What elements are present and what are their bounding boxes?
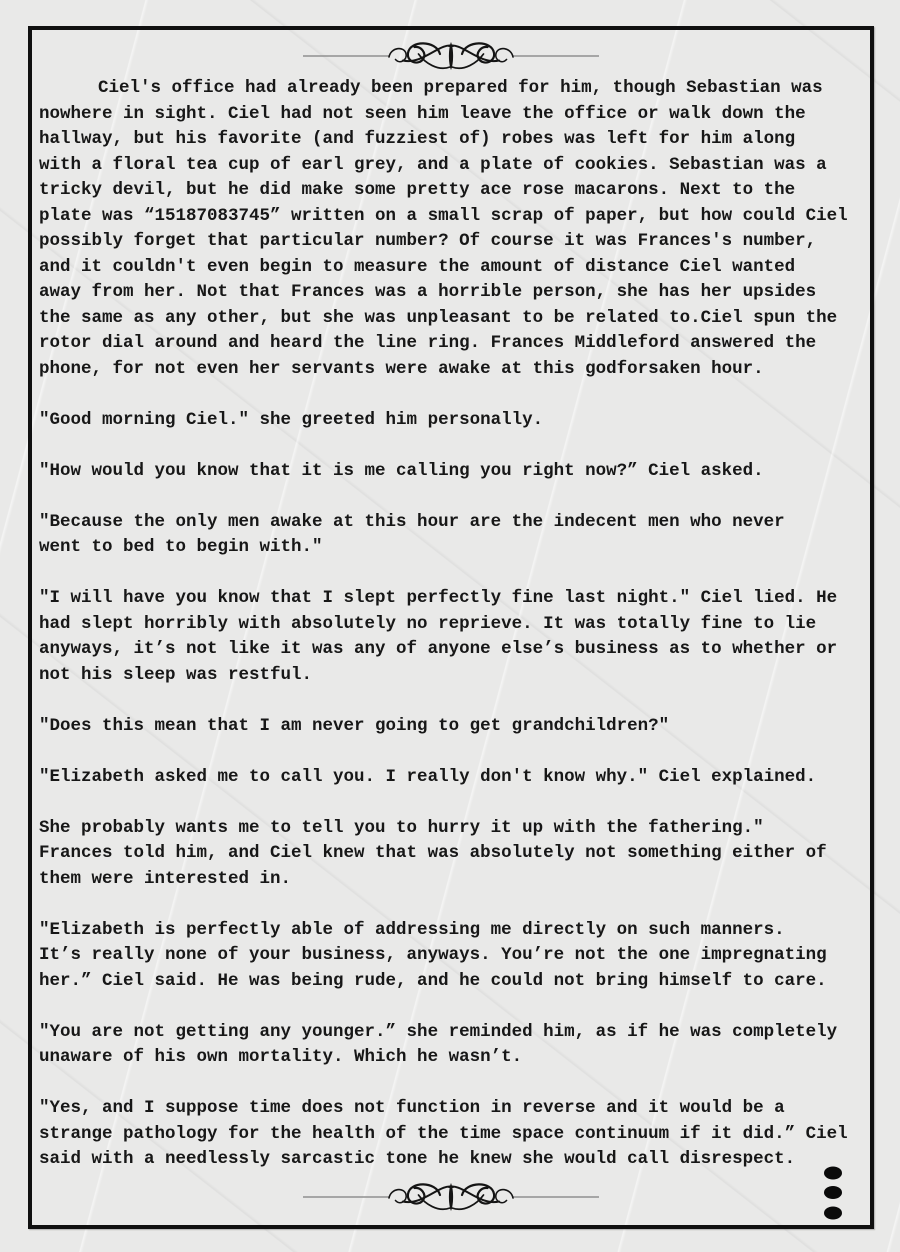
more-options-button[interactable] bbox=[824, 1166, 842, 1220]
vertical-ellipsis-icon bbox=[824, 1167, 842, 1220]
flourish-divider-bottom-icon bbox=[301, 1177, 601, 1217]
story-paragraph: "I will have you know that I slept perfe… bbox=[39, 586, 866, 688]
story-paragraph: "How would you know that it is me callin… bbox=[39, 459, 866, 485]
story-paragraph: "You are not getting any younger.” she r… bbox=[39, 1020, 866, 1071]
story-paragraph: "Elizabeth is perfectly able of addressi… bbox=[39, 918, 866, 995]
story-paragraph: "Because the only men awake at this hour… bbox=[39, 510, 866, 561]
story-page: { "page": { "background_color": "#e9e9e8… bbox=[0, 0, 900, 1252]
story-paragraph: Ciel's office had already been prepared … bbox=[39, 76, 866, 382]
story-paragraph: "Yes, and I suppose time does not functi… bbox=[39, 1096, 866, 1173]
page-frame: Ciel's office had already been prepared … bbox=[28, 26, 874, 1229]
flourish-divider-top-icon bbox=[301, 36, 601, 76]
story-paragraph: "Elizabeth asked me to call you. I reall… bbox=[39, 765, 866, 791]
story-paragraph: "Does this mean that I am never going to… bbox=[39, 714, 866, 740]
story-paragraph: "Good morning Ciel." she greeted him per… bbox=[39, 408, 866, 434]
story-paragraph: She probably wants me to tell you to hur… bbox=[39, 816, 866, 893]
story-text: Ciel's office had already been prepared … bbox=[32, 76, 870, 1173]
